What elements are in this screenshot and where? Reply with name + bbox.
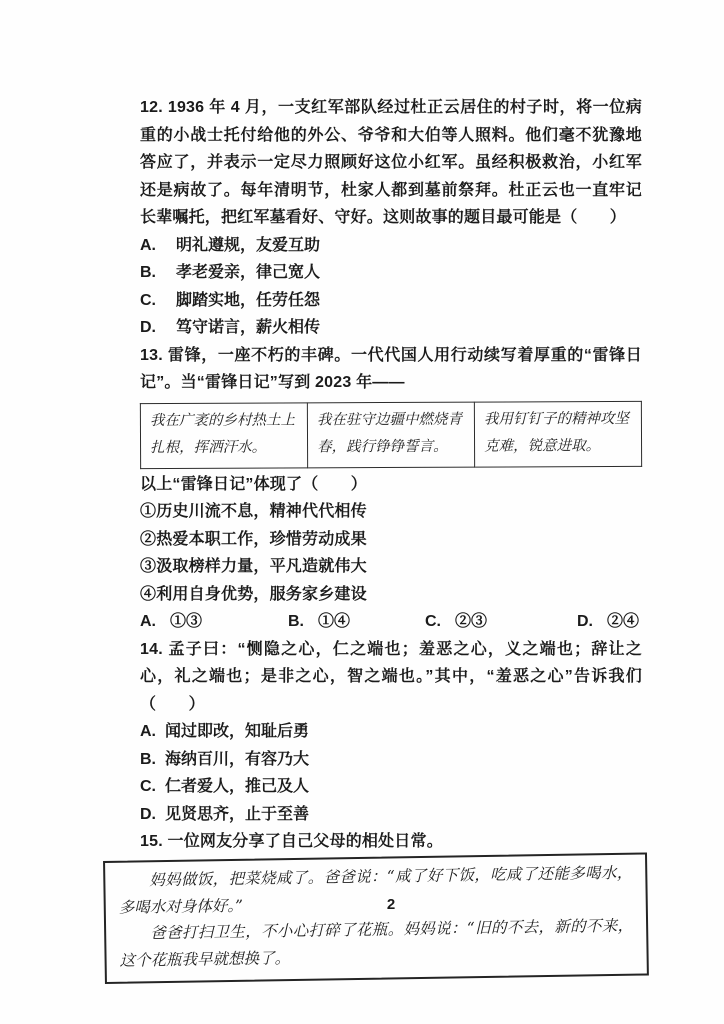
leifeng-diary-table: 我在广袤的乡村热土上扎根，挥洒汗水。 我在驻守边疆中燃烧青春，践行铮铮誓言。 我… bbox=[140, 400, 642, 468]
option-label: A. bbox=[140, 608, 170, 636]
option-text: 脚踏实地，任劳任怨 bbox=[176, 287, 320, 315]
question-13-stem: 以上“雷锋日记”体现了（ ） bbox=[140, 471, 642, 499]
question-14-stem: 14. 孟子曰：“恻隐之心，仁之端也；羞恶之心，义之端也；辞让之心，礼之端也；是… bbox=[140, 636, 642, 719]
option-label: C. bbox=[425, 608, 455, 636]
option-label: D. bbox=[140, 314, 176, 342]
option-label: B. bbox=[140, 259, 176, 287]
option-text: 孝老爱亲，律己宽人 bbox=[176, 259, 320, 287]
question-14-option-b: B. 海纳百川，有容乃大 bbox=[140, 746, 642, 774]
option-text: ①③ bbox=[170, 613, 202, 630]
question-12-option-c: C. 脚踏实地，任劳任怨 bbox=[140, 287, 642, 315]
diary-cell-nail-spirit: 我用钉钉子的精神攻坚克难，锐意进取。 bbox=[474, 401, 641, 467]
question-13-statement-4: ④利用自身优势，服务家乡建设 bbox=[140, 581, 642, 609]
option-label: D. bbox=[140, 801, 165, 829]
option-label: B. bbox=[288, 608, 318, 636]
option-text: 见贤思齐，止于至善 bbox=[165, 801, 309, 829]
page-number: 2 bbox=[140, 896, 642, 913]
option-label: A. bbox=[140, 232, 176, 260]
option-label: D. bbox=[577, 608, 607, 636]
question-12: 12. 1936 年 4 月，一支红军部队经过杜正云居住的村子时，将一位病重的小… bbox=[140, 94, 642, 342]
option-label: B. bbox=[140, 746, 165, 774]
question-13-options-row: A.①③ B.①④ C.②③ D.②④ bbox=[140, 608, 642, 636]
question-13-statement-3: ③汲取榜样力量，平凡造就伟大 bbox=[140, 553, 642, 581]
option-text: 明礼遵规，友爱互助 bbox=[176, 232, 320, 260]
question-12-option-d: D. 笃守诺言，薪火相传 bbox=[140, 314, 642, 342]
exam-scan-page: 12. 1936 年 4 月，一支红军部队经过杜正云居住的村子时，将一位病重的小… bbox=[0, 0, 724, 1024]
option-label: C. bbox=[140, 773, 165, 801]
question-13-statement-1: ①历史川流不息，精神代代相传 bbox=[140, 498, 642, 526]
question-12-option-b: B. 孝老爱亲，律己宽人 bbox=[140, 259, 642, 287]
question-13-statement-2: ②热爱本职工作，珍惜劳动成果 bbox=[140, 526, 642, 554]
exam-content-column: 12. 1936 年 4 月，一支红军部队经过杜正云居住的村子时，将一位病重的小… bbox=[140, 94, 642, 984]
question-15-intro: 15. 一位网友分享了自己父母的相处日常。 bbox=[140, 828, 642, 856]
question-14-option-d: D. 见贤思齐，止于至善 bbox=[140, 801, 642, 829]
question-13-option-a: A.①③ bbox=[140, 608, 288, 636]
diary-cell-countryside: 我在广袤的乡村热土上扎根，挥洒汗水。 bbox=[140, 402, 307, 468]
parents-dialogue-box: 妈妈做饭，把菜烧咸了。爸爸说：“咸了好下饭，吃咸了还能多喝水，多喝水对身体好。”… bbox=[103, 852, 649, 984]
question-12-stem: 12. 1936 年 4 月，一支红军部队经过杜正云居住的村子时，将一位病重的小… bbox=[140, 94, 642, 232]
question-13-intro: 13. 雷锋，一座不朽的丰碑。一代代国人用行动续写着厚重的“雷锋日记”。当“雷锋… bbox=[140, 342, 642, 397]
option-text: 仁者爱人，推己及人 bbox=[165, 773, 309, 801]
option-label: A. bbox=[140, 718, 165, 746]
question-12-option-a: A. 明礼遵规，友爱互助 bbox=[140, 232, 642, 260]
question-13-option-b: B.①④ bbox=[288, 608, 425, 636]
question-13-option-d: D.②④ bbox=[577, 608, 642, 636]
question-14-option-c: C. 仁者爱人，推己及人 bbox=[140, 773, 642, 801]
question-14-option-a: A. 闻过即改，知耻后勇 bbox=[140, 718, 642, 746]
option-text: ②④ bbox=[607, 613, 639, 630]
dialogue-paragraph-dad-cleaning: 爸爸打扫卫生，不小心打碎了花瓶。妈妈说：“旧的不去，新的不来，这个花瓶我早就想换… bbox=[119, 912, 634, 973]
option-text: ①④ bbox=[318, 613, 350, 630]
question-13-option-c: C.②③ bbox=[425, 608, 577, 636]
option-text: 笃守诺言，薪火相传 bbox=[176, 314, 320, 342]
option-text: 闻过即改，知耻后勇 bbox=[165, 718, 309, 746]
option-label: C. bbox=[140, 287, 176, 315]
diary-cell-frontier: 我在驻守边疆中燃烧青春，践行铮铮誓言。 bbox=[307, 402, 474, 468]
diary-table-row: 我在广袤的乡村热土上扎根，挥洒汗水。 我在驻守边疆中燃烧青春，践行铮铮誓言。 我… bbox=[140, 401, 641, 468]
question-13: 13. 雷锋，一座不朽的丰碑。一代代国人用行动续写着厚重的“雷锋日记”。当“雷锋… bbox=[140, 342, 642, 636]
option-text: ②③ bbox=[455, 613, 487, 630]
question-14: 14. 孟子曰：“恻隐之心，仁之端也；羞恶之心，义之端也；辞让之心，礼之端也；是… bbox=[140, 636, 642, 829]
option-text: 海纳百川，有容乃大 bbox=[165, 746, 309, 774]
